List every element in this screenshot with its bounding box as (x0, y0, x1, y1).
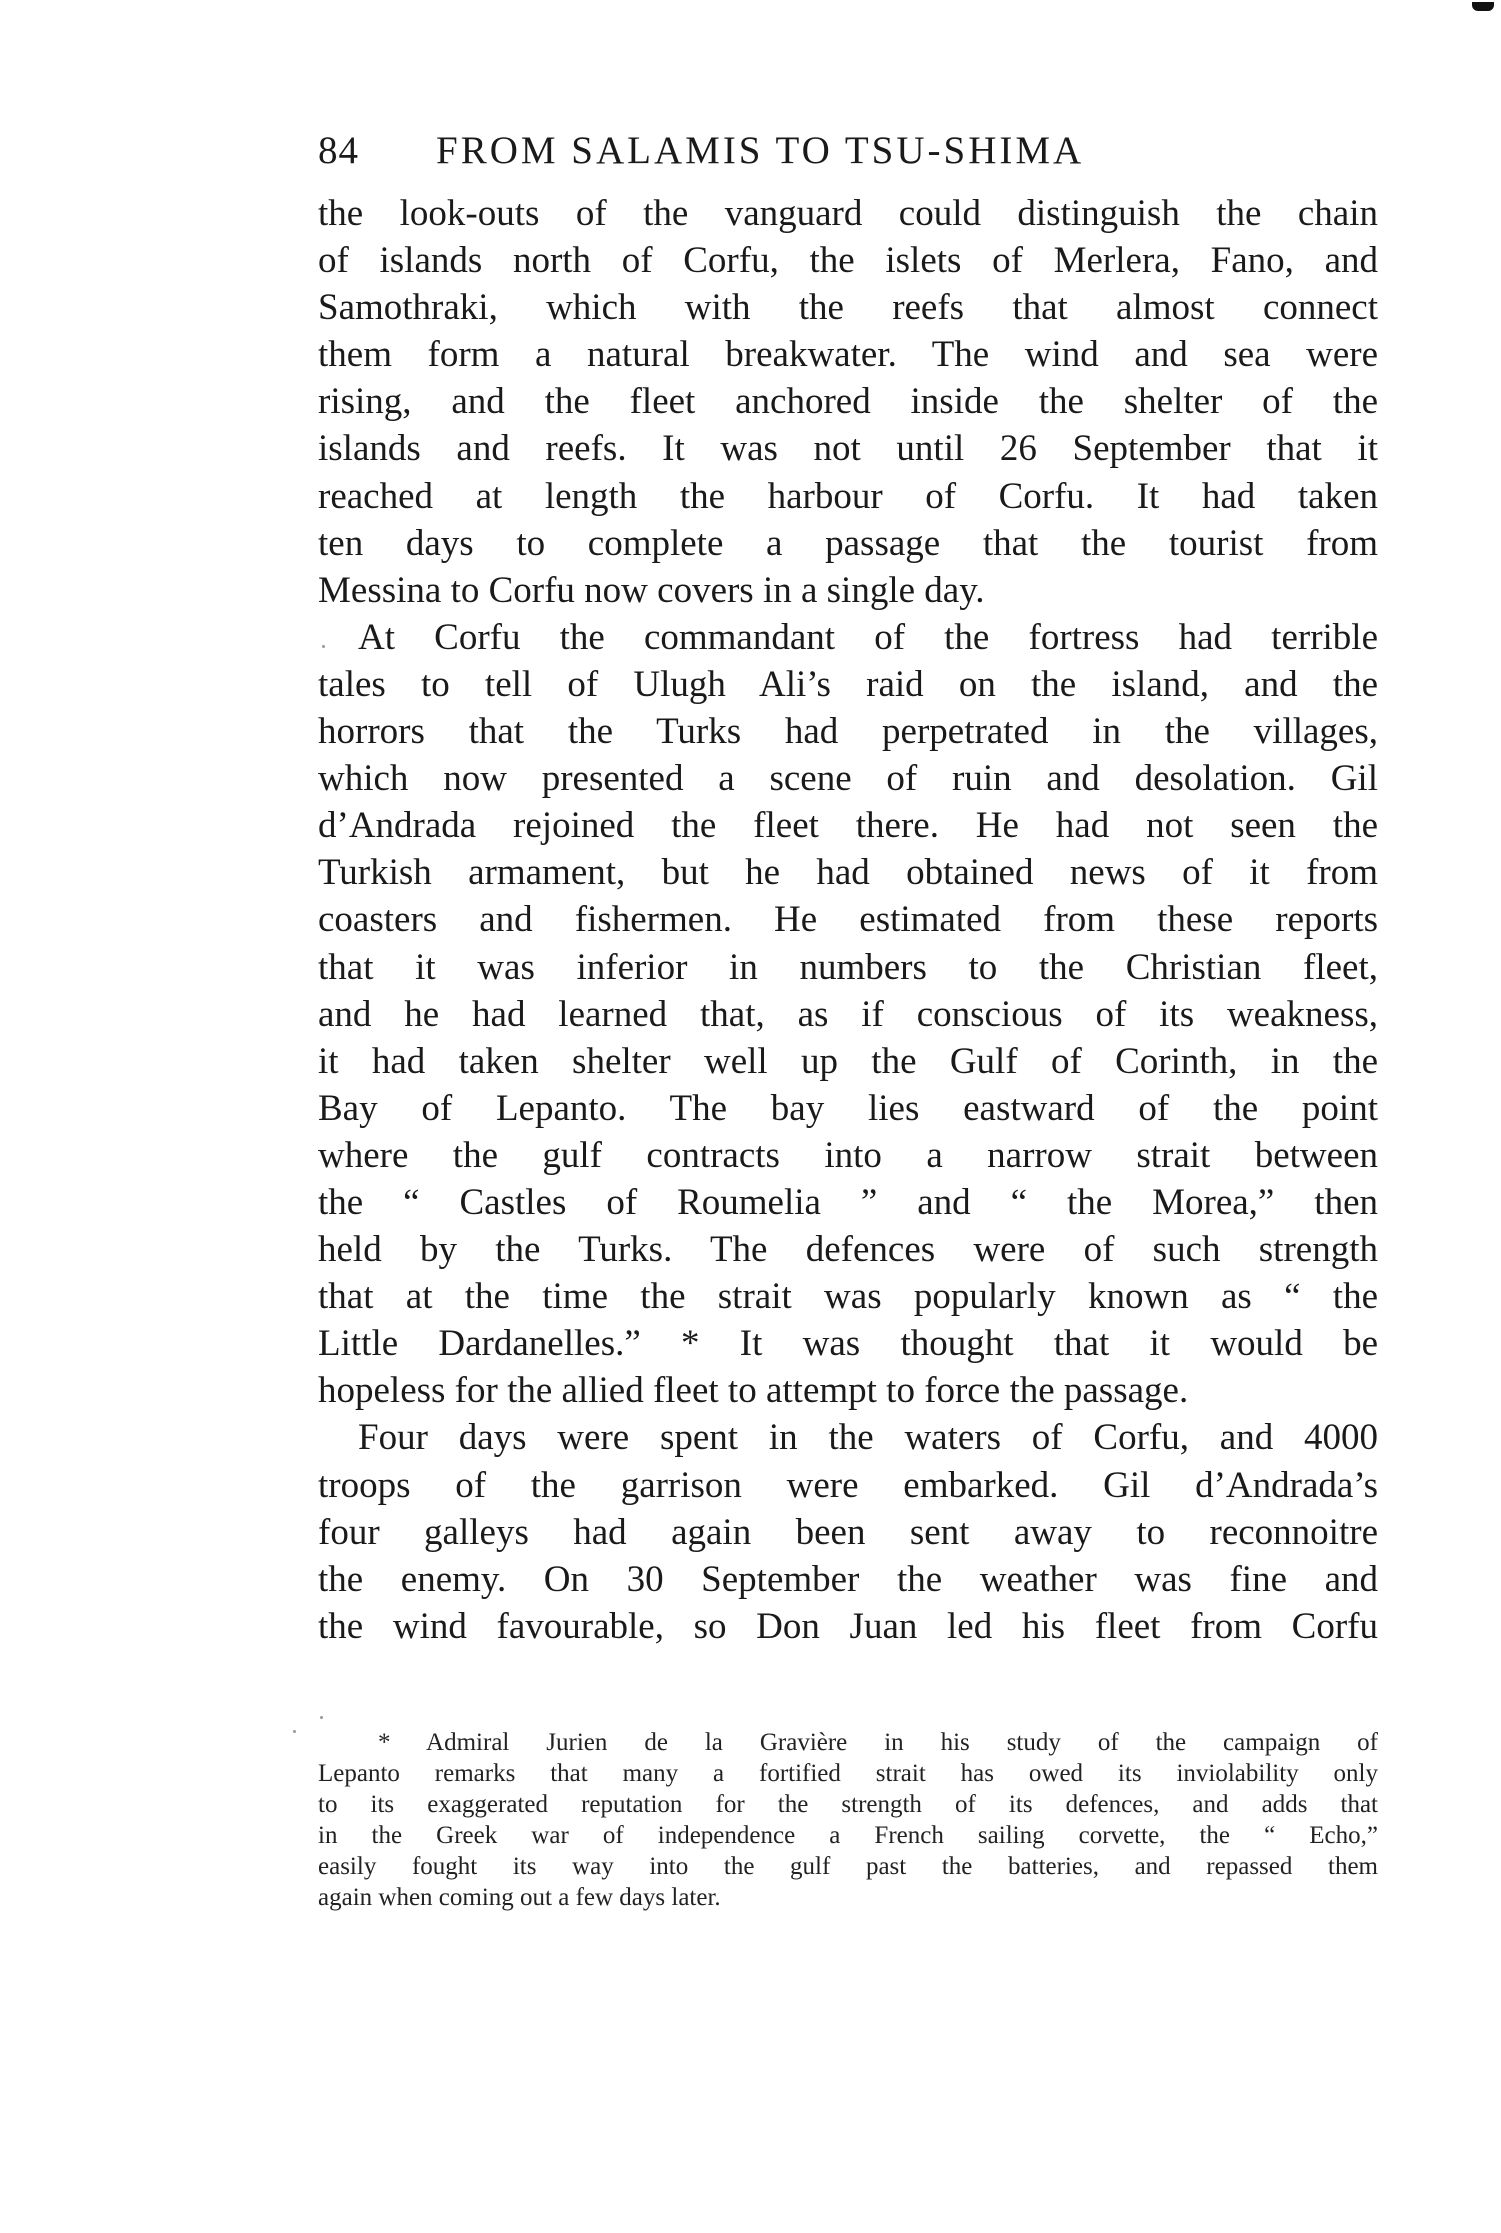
text-line: horrors that the Turks had perpetrated i… (318, 708, 1378, 755)
text-line: the look-outs of the vanguard could dist… (318, 190, 1378, 237)
footnote-line: easily fought its way into the gulf past… (318, 1851, 1378, 1882)
paragraph-3: Four days were spent in the waters of Co… (318, 1414, 1378, 1649)
text-line: that it was inferior in numbers to the C… (318, 944, 1378, 991)
footnote-line: in the Greek war of independence a Frenc… (318, 1820, 1378, 1851)
text-line: islands and reefs. It was not until 26 S… (318, 425, 1378, 472)
text-line: it had taken shelter well up the Gulf of… (318, 1038, 1378, 1085)
footnote-line: Lepanto remarks that many a fortified st… (318, 1758, 1378, 1789)
scan-speck (322, 645, 325, 648)
footnote-line: * Admiral Jurien de la Gravière in his s… (318, 1727, 1378, 1758)
text-line: of islands north of Corfu, the islets of… (318, 237, 1378, 284)
paragraph-1: the look-outs of the vanguard could dist… (318, 190, 1378, 614)
footnote-line: again when coming out a few days later. (318, 1882, 1378, 1913)
text-line: and he had learned that, as if conscious… (318, 991, 1378, 1038)
text-line: held by the Turks. The defences were of … (318, 1226, 1378, 1273)
text-line: them form a natural breakwater. The wind… (318, 331, 1378, 378)
page-number: 84 (318, 128, 359, 173)
text-line: which now presented a scene of ruin and … (318, 755, 1378, 802)
text-line: hopeless for the allied fleet to attempt… (318, 1367, 1378, 1414)
paragraph-2: At Corfu the commandant of the fortress … (318, 614, 1378, 1415)
text-line: Turkish armament, but he had obtained ne… (318, 849, 1378, 896)
text-line: At Corfu the commandant of the fortress … (318, 614, 1378, 661)
scan-speck (293, 1730, 296, 1733)
text-line: Bay of Lepanto. The bay lies eastward of… (318, 1085, 1378, 1132)
text-line: Messina to Corfu now covers in a single … (318, 567, 1378, 614)
text-line: the wind favourable, so Don Juan led his… (318, 1603, 1378, 1650)
text-line: the “ Castles of Roumelia ” and “ the Mo… (318, 1179, 1378, 1226)
footnote: * Admiral Jurien de la Gravière in his s… (318, 1727, 1378, 1913)
scan-artifact-mark (1472, 2, 1494, 11)
text-line: Little Dardanelles.” * It was thought th… (318, 1320, 1378, 1367)
running-head: 84 FROM SALAMIS TO TSU-SHIMA (318, 128, 1378, 188)
running-title: FROM SALAMIS TO TSU-SHIMA (436, 128, 1084, 173)
text-line: ten days to complete a passage that the … (318, 520, 1378, 567)
text-line: that at the time the strait was popularl… (318, 1273, 1378, 1320)
text-line: Four days were spent in the waters of Co… (318, 1414, 1378, 1461)
text-line: Samothraki, which with the reefs that al… (318, 284, 1378, 331)
body-text: the look-outs of the vanguard could dist… (318, 190, 1378, 1650)
text-line: d’Andrada rejoined the fleet there. He h… (318, 802, 1378, 849)
text-line: where the gulf contracts into a narrow s… (318, 1132, 1378, 1179)
text-line: four galleys had again been sent away to… (318, 1509, 1378, 1556)
text-line: rising, and the fleet anchored inside th… (318, 378, 1378, 425)
scan-speck (320, 1716, 323, 1719)
text-line: tales to tell of Ulugh Ali’s raid on the… (318, 661, 1378, 708)
footnote-line: to its exaggerated reputation for the st… (318, 1789, 1378, 1820)
text-line: the enemy. On 30 September the weather w… (318, 1556, 1378, 1603)
text-line: reached at length the harbour of Corfu. … (318, 473, 1378, 520)
text-line: troops of the garrison were embarked. Gi… (318, 1462, 1378, 1509)
book-page: 84 FROM SALAMIS TO TSU-SHIMA the look-ou… (318, 128, 1378, 1650)
text-line: coasters and fishermen. He estimated fro… (318, 896, 1378, 943)
